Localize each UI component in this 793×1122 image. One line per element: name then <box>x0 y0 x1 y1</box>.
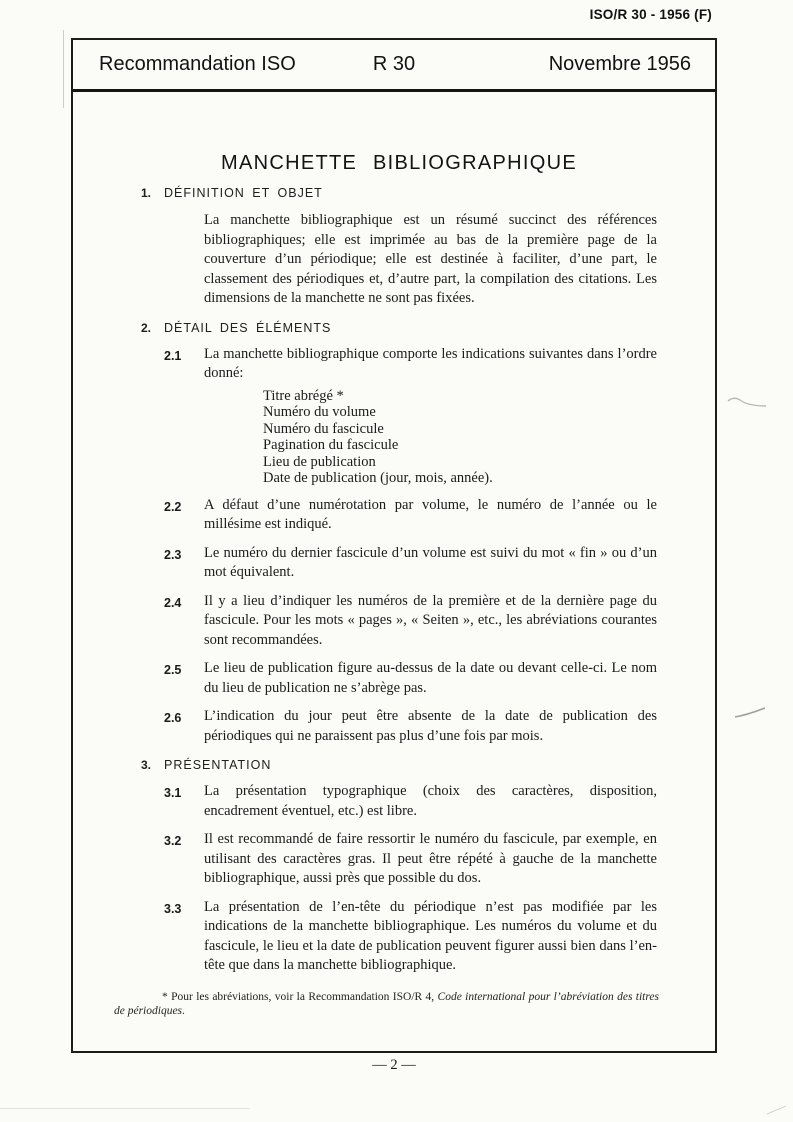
clause-3-2: 3.2 Il est recommandé de faire ressortir… <box>141 830 657 889</box>
clause-number: 2.3 <box>164 544 204 583</box>
clause-paragraph: A défaut d’une numérotation par volume, … <box>204 496 657 535</box>
clause-number: 2.6 <box>164 707 204 746</box>
section-number: 2. <box>141 320 164 336</box>
clause-number: 2.2 <box>164 496 204 535</box>
header-standard-number: R 30 <box>373 53 415 76</box>
clause-2-4: 2.4 Il y a lieu d’indiquer les numéros d… <box>141 592 657 651</box>
section-number: 1. <box>141 185 164 201</box>
section-label: DÉFINITION ET OBJET <box>164 186 323 200</box>
clause-paragraph: Le lieu de publication figure au-dessus … <box>204 659 657 698</box>
clause-number: 3.2 <box>164 830 204 889</box>
clause-text: La manchette bibliographique comporte le… <box>204 345 657 487</box>
header-date: Novembre 1956 <box>549 53 715 76</box>
clause-paragraph: L’indication du jour peut être absente d… <box>204 707 657 746</box>
footnote: * Pour les abréviations, voir la Recomma… <box>114 990 659 1018</box>
section-label: DÉTAIL DES ÉLÉMENTS <box>164 321 331 335</box>
header-recommendation-label: Recommandation ISO <box>73 53 296 76</box>
clause-number: 2.5 <box>164 659 204 698</box>
clause-3-1: 3.1 La présentation typographique (choix… <box>141 782 657 821</box>
scan-mark-squiggle <box>726 394 768 412</box>
clause-number: 2.4 <box>164 592 204 651</box>
section-presentation: 3.PRÉSENTATION 3.1 La présentation typog… <box>141 757 657 976</box>
footnote-text: * Pour les abréviations, voir la Recomma… <box>162 991 438 1003</box>
scan-edge-line <box>63 30 64 108</box>
clause-paragraph: La manchette bibliographique comporte le… <box>204 345 657 384</box>
section-heading: 1.DÉFINITION ET OBJET <box>141 185 657 201</box>
list-item: Lieu de publication <box>263 454 657 471</box>
list-item: Titre abrégé * <box>263 388 657 405</box>
scanned-page: ISO/R 30 - 1956 (F) Recommandation ISO R… <box>0 0 793 1122</box>
clause-2-2: 2.2 A défaut d’une numérotation par volu… <box>141 496 657 535</box>
page-border-box: Recommandation ISO R 30 Novembre 1956 MA… <box>71 38 717 1053</box>
page-number: — 2 — <box>71 1057 717 1074</box>
list-item: Pagination du fascicule <box>263 437 657 454</box>
section-label: PRÉSENTATION <box>164 758 271 772</box>
list-item: Numéro du fascicule <box>263 421 657 438</box>
clause-paragraph: Il est recommandé de faire ressortir le … <box>204 830 657 889</box>
section-heading: 2.DÉTAIL DES ÉLÉMENTS <box>141 320 657 336</box>
clause-2-6: 2.6 L’indication du jour peut être absen… <box>141 707 657 746</box>
document-body: MANCHETTE BIBLIOGRAPHIQUE 1.DÉFINITION E… <box>73 152 715 976</box>
scan-mark-curve <box>733 705 767 720</box>
section-heading: 3.PRÉSENTATION <box>141 757 657 773</box>
page-header: Recommandation ISO R 30 Novembre 1956 <box>73 40 715 92</box>
paragraph: La manchette bibliographique est un résu… <box>204 211 657 309</box>
list-item: Date de publication (jour, mois, année). <box>263 470 657 487</box>
footnote-period: . <box>182 1005 185 1017</box>
clause-number: 3.3 <box>164 898 204 976</box>
scan-bottom-line <box>0 1108 250 1109</box>
section-definition: 1.DÉFINITION ET OBJET La manchette bibli… <box>141 185 657 309</box>
clause-2-3: 2.3 Le numéro du dernier fascicule d’un … <box>141 544 657 583</box>
clause-paragraph: Le numéro du dernier fascicule d’un volu… <box>204 544 657 583</box>
list-item: Numéro du volume <box>263 404 657 421</box>
scan-mark-corner <box>766 1104 788 1116</box>
clause-3-3: 3.3 La présentation de l’en-tête du péri… <box>141 898 657 976</box>
clause-paragraph: La présentation de l’en-tête du périodiq… <box>204 898 657 976</box>
clause-paragraph: Il y a lieu d’indiquer les numéros de la… <box>204 592 657 651</box>
section-detail-elements: 2.DÉTAIL DES ÉLÉMENTS 2.1 La manchette b… <box>141 320 657 747</box>
document-title: MANCHETTE BIBLIOGRAPHIQUE <box>141 152 657 174</box>
doc-reference: ISO/R 30 - 1956 (F) <box>590 7 712 22</box>
clause-number: 2.1 <box>164 345 204 487</box>
clause-2-5: 2.5 Le lieu de publication figure au-des… <box>141 659 657 698</box>
section-number: 3. <box>141 757 164 773</box>
clause-paragraph: La présentation typographique (choix des… <box>204 782 657 821</box>
clause-2-1: 2.1 La manchette bibliographique comport… <box>141 345 657 487</box>
clause-number: 3.1 <box>164 782 204 821</box>
manchette-elements-list: Titre abrégé * Numéro du volume Numéro d… <box>263 388 657 487</box>
